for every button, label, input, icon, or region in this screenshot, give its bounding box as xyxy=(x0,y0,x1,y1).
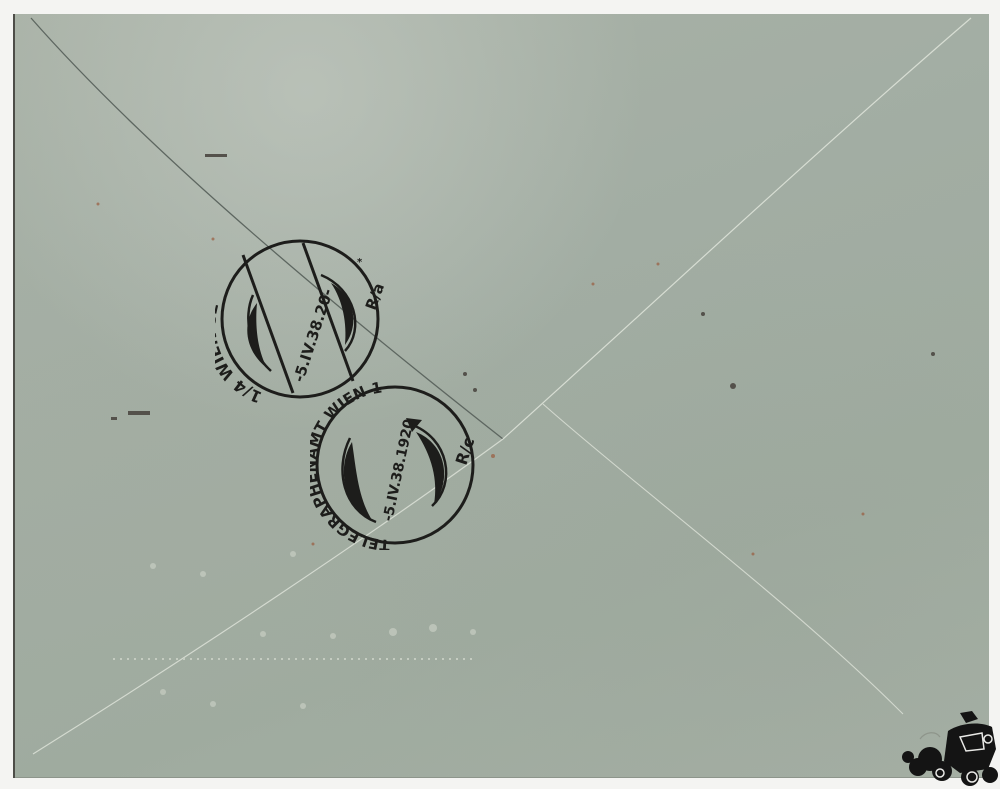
postmark-2-date: -5.IV.38.1920 xyxy=(380,417,417,522)
postmark-1-code: R/a xyxy=(362,281,385,313)
svg-text:*: * xyxy=(357,257,363,268)
envelope-back xyxy=(13,14,989,778)
photo-scene: 1/4 WIEN 82 -5.IV.38.20- R/a * TELEGRAPH… xyxy=(0,0,1000,789)
postmark-telegraphenamt-wien-1: TELEGRAPHENAMT WIEN 1 -5.IV.38.1920 R/c xyxy=(310,380,480,554)
postmark-1-date: -5.IV.38.20- xyxy=(290,286,337,384)
envelope-flap-folds xyxy=(13,14,989,778)
carriage-logo-icon xyxy=(900,709,1000,789)
